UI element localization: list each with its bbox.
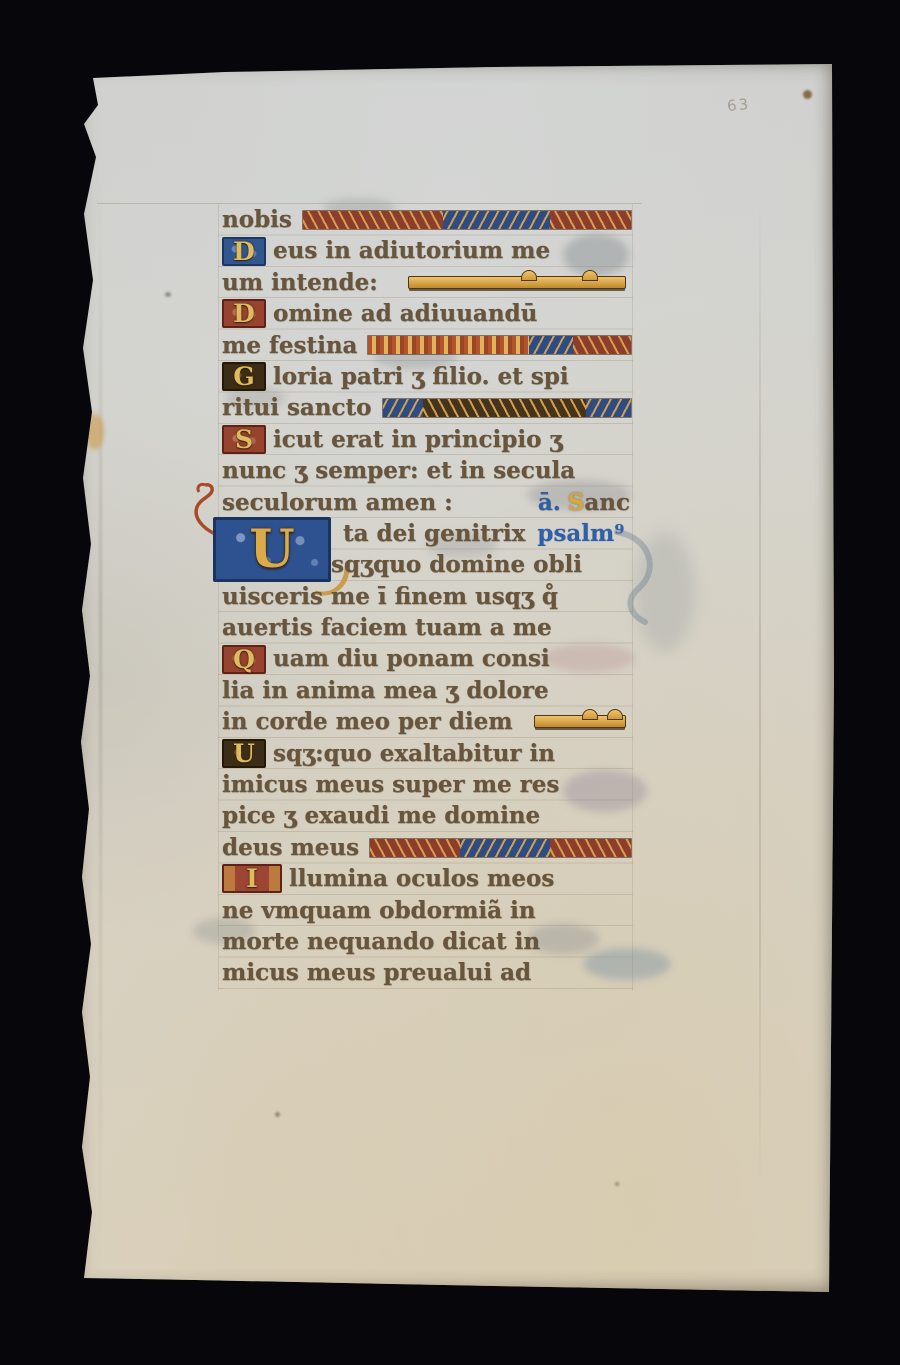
line-text: auertis faciem tuam a me <box>222 612 552 643</box>
antiphon-cue: ā. Sanc <box>538 487 632 518</box>
text-line: I llumina oculos meos <box>219 863 632 894</box>
line-text: icut erat in principio ʒ <box>273 424 562 455</box>
text-line: in corde meo per diem <box>219 706 632 737</box>
text-line: ne vmquam obdormiã in <box>219 895 632 926</box>
ink-spot <box>803 90 812 99</box>
line-text: deus meus <box>222 832 359 863</box>
folio-number: 63 <box>726 95 751 115</box>
line-text: ne vmquam obdormiã in <box>222 895 536 926</box>
illuminated-initial: D <box>222 237 266 266</box>
text-line: me festina <box>219 330 632 361</box>
parchment-crease <box>759 192 761 1192</box>
line-text: seculorum amen : <box>222 487 453 518</box>
illuminated-initial: G <box>222 362 266 391</box>
knotwork-line-filler <box>367 335 632 355</box>
knotwork-line-filler <box>382 398 633 418</box>
text-line: uisceris me ī finem usqʒ q̊ <box>219 581 632 612</box>
text-line: pice ʒ exaudi me domine <box>219 800 632 831</box>
line-text: omine ad adiuuandū <box>273 298 537 329</box>
knotwork-line-filler <box>369 838 632 858</box>
text-line: nunc ʒ semper: et in secula <box>219 455 632 486</box>
photo-stage: 63 U nobis D eus in a <box>0 0 900 1365</box>
speck <box>275 1112 280 1117</box>
text-line: U sqʒ:quo exaltabitur in <box>219 738 632 769</box>
text-line: Q uam diu ponam consi <box>219 643 632 674</box>
text-line: G loria patri ʒ filio. et spi <box>219 361 632 392</box>
edge-stain <box>86 414 104 450</box>
illuminated-initial: D <box>222 299 266 328</box>
line-text: um intende: <box>222 267 378 298</box>
text-line: sqʒquo domine obli <box>219 549 632 580</box>
illuminated-initial: I <box>222 864 282 893</box>
line-text: nobis <box>222 204 292 235</box>
line-text: uam diu ponam consi <box>273 643 550 674</box>
text-block: U nobis D eus in adiutorium me um intend… <box>218 204 633 991</box>
speck <box>165 292 171 297</box>
line-text: loria patri ʒ filio. et spi <box>273 361 569 392</box>
text-line: auertis faciem tuam a me <box>219 612 632 643</box>
line-text: sqʒ:quo exaltabitur in <box>273 738 555 769</box>
text-line: lia in anima mea ʒ dolore <box>219 675 632 706</box>
vellum-leaf: 63 U nobis D eus in a <box>75 62 835 1294</box>
text-line: ta dei genitrix psalm⁹ <box>219 518 632 549</box>
line-text: ritui sancto <box>222 392 372 423</box>
gold-branch-line-filler <box>534 715 626 728</box>
text-line: ritui sancto <box>219 392 632 423</box>
text-line: S icut erat in principio ʒ <box>219 424 632 455</box>
text-line: seculorum amen : ā. Sanc <box>219 487 632 518</box>
parchment-crease <box>99 182 102 1262</box>
line-text: anc <box>584 489 630 516</box>
line-text: lia in anima mea ʒ dolore <box>222 675 549 706</box>
psalm-rubric: psalm⁹ <box>537 518 624 549</box>
text-line: deus meus <box>219 832 632 863</box>
line-text: micus meus preualui ad <box>222 957 531 988</box>
illuminated-initial: Q <box>222 645 266 674</box>
antiphon-abbreviation: ā. <box>538 487 561 518</box>
text-line: nobis <box>219 204 632 235</box>
gold-branch-line-filler <box>408 276 626 289</box>
line-text: llumina oculos meos <box>289 863 554 894</box>
illuminated-initial: U <box>222 739 266 768</box>
line-text: in corde meo per diem <box>222 706 513 737</box>
text-line: micus meus preualui ad <box>219 957 632 988</box>
text-line: imicus meus super me res <box>219 769 632 800</box>
line-text: me festina <box>222 330 357 361</box>
illuminated-initial: S <box>222 425 266 454</box>
knotwork-line-filler <box>302 210 632 230</box>
text-line: um intende: <box>219 267 632 298</box>
line-text: eus in adiutorium me <box>273 235 550 266</box>
line-text: ta dei genitrix <box>343 518 525 549</box>
line-text: imicus meus super me res <box>222 769 559 800</box>
text-line: morte nequando dicat in <box>219 926 632 957</box>
gold-versal: S <box>568 489 585 516</box>
line-text: sqʒquo domine obli <box>331 549 582 580</box>
speck <box>615 1182 619 1186</box>
line-text: morte nequando dicat in <box>222 926 540 957</box>
line-text: uisceris me ī finem usqʒ q̊ <box>222 581 558 612</box>
text-line: D eus in adiutorium me <box>219 235 632 266</box>
line-text: nunc ʒ semper: et in secula <box>222 455 575 486</box>
text-line: D omine ad adiuuandū <box>219 298 632 329</box>
line-text: pice ʒ exaudi me domine <box>222 800 540 831</box>
